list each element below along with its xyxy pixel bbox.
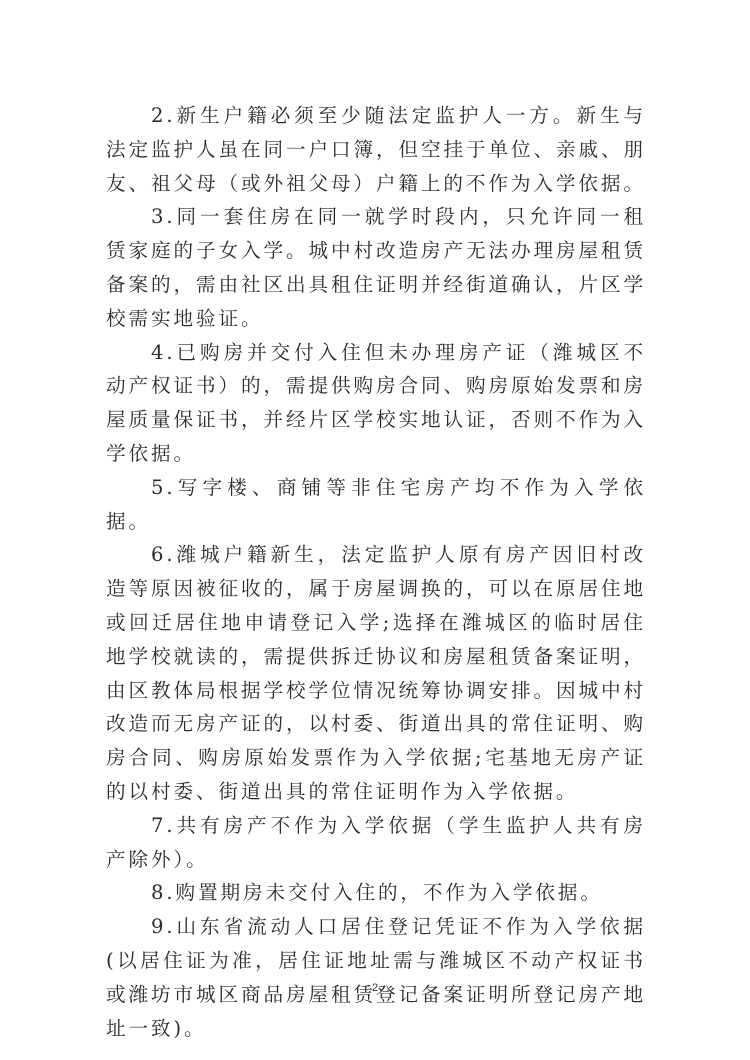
paragraph-item-6: 6.潍城户籍新生，法定监护人原有房产因旧村改造等原因被征收的，属于房屋调换的，可…	[106, 538, 646, 808]
paragraph-item-4: 4.已购房并交付入住但未办理房产证（潍城区不动产权证书）的，需提供购房合同、购房…	[106, 336, 646, 471]
paragraph-item-7: 7.共有房产不作为入学依据（学生监护人共有房产除外）。	[106, 809, 646, 877]
paragraph-item-5: 5.写字楼、商铺等非住宅房产均不作为入学依据。	[106, 471, 646, 539]
document-page: 2.新生户籍必须至少随法定监护人一方。新生与法定监护人虽在同一户口簿，但空挂于单…	[0, 0, 750, 1060]
paragraph-item-8: 8.购置期房未交付入住的，不作为入学依据。	[106, 876, 646, 910]
paragraph-item-2: 2.新生户籍必须至少随法定监护人一方。新生与法定监护人虽在同一户口簿，但空挂于单…	[106, 99, 646, 200]
page-number: 2	[0, 982, 750, 994]
paragraph-item-9: 9.山东省流动人口居住登记凭证不作为入学依据(以居住证为准，居住证地址需与潍城区…	[106, 910, 646, 1045]
paragraph-item-3: 3.同一套住房在同一就学时段内，只允许同一租赁家庭的子女入学。城中村改造房产无法…	[106, 200, 646, 335]
document-body: 2.新生户籍必须至少随法定监护人一方。新生与法定监护人虽在同一户口簿，但空挂于单…	[106, 99, 646, 1045]
